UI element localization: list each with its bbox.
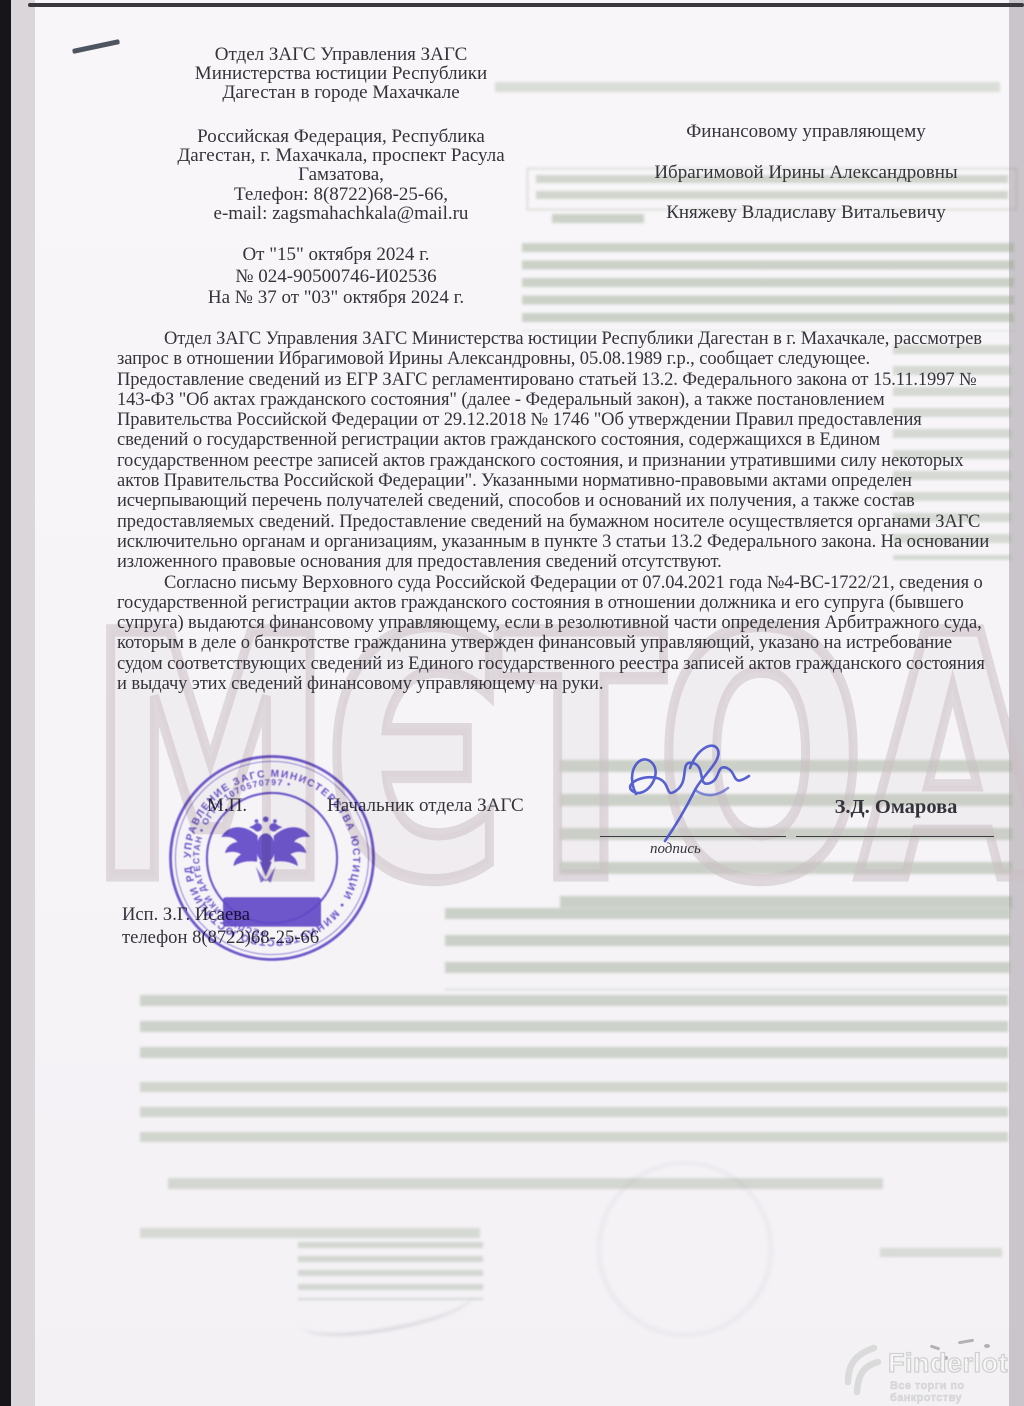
body-paragraph-2: Согласно письму Верховного суда Российск… xyxy=(117,573,997,695)
stamp-banner xyxy=(223,897,321,926)
finderlot-logo: Finderlot Все торги по банкротству xyxy=(838,1340,1020,1402)
double-headed-eagle-icon xyxy=(221,816,310,882)
reference-block: От "15" октября 2024 г. № 024-90500746-И… xyxy=(150,244,522,309)
recipient-debtor-name: Ибрагимовой Ирины Александровны xyxy=(600,153,1012,194)
letterhead-organization: Отдел ЗАГС Управления ЗАГС Министерства … xyxy=(160,46,522,102)
finderlot-tagline: Все торги по банкротству xyxy=(890,1380,1020,1404)
reply-to-number: На № 37 от "03" октября 2024 г. xyxy=(150,287,522,309)
finderlot-wordmark: Finderlot xyxy=(888,1348,1008,1379)
letterhead-address: Российская Федерация, Республика Дагеста… xyxy=(158,127,524,223)
scan-top-edge-line xyxy=(28,3,1024,7)
body-paragraph-1: Отдел ЗАГС Управления ЗАГС Министерства … xyxy=(117,329,997,573)
name-line xyxy=(796,836,994,837)
letter-body: Отдел ЗАГС Управления ЗАГС Министерства … xyxy=(117,329,997,694)
scan-margin-left xyxy=(11,0,35,1406)
official-round-stamp: УПРАВЛЕНИЕ ЗАГС МИНИСТЕРСТВА ЮСТИЦИИ • М… xyxy=(167,753,377,963)
signature-caption: подпись xyxy=(650,841,701,858)
signatory-name: З.Д. Омарова xyxy=(800,796,992,819)
finderlot-ribbon-icon xyxy=(838,1342,884,1398)
scanned-letter-page: МЄТОА Отдел ЗАГС Управления ЗАГС Министе… xyxy=(0,0,1024,1406)
handwritten-signature xyxy=(602,738,777,843)
scan-edge-dark-strip xyxy=(0,0,11,1406)
letter-number: № 024-90500746-И02536 xyxy=(150,266,522,288)
recipient-role: Финансовому управляющему xyxy=(600,112,1012,153)
recipient-block: Финансовому управляющему Ибрагимовой Ири… xyxy=(600,112,1012,234)
recipient-manager-name: Княжеву Владиславу Витальевичу xyxy=(600,193,1012,234)
letter-date: От "15" октября 2024 г. xyxy=(150,244,522,266)
